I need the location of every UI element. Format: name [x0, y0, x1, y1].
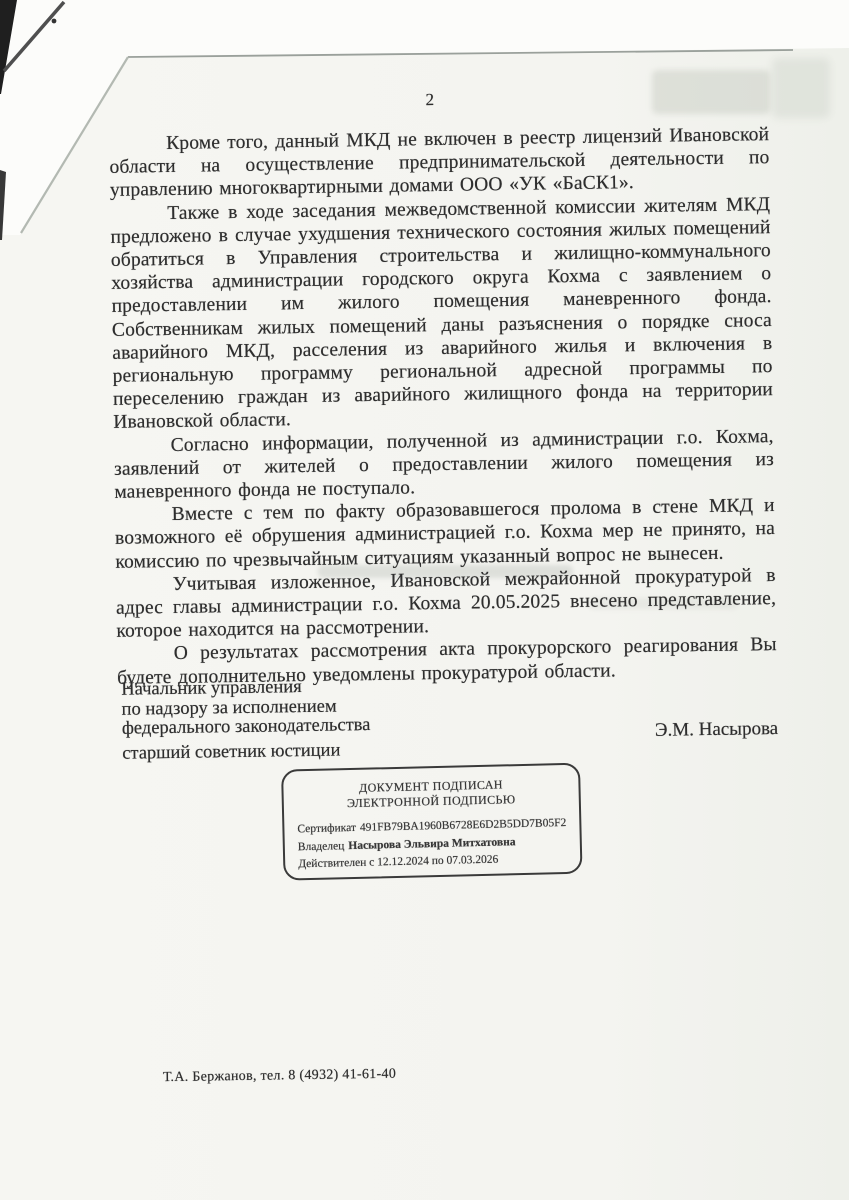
stamp-owner-label: Владелец — [298, 840, 345, 853]
paragraph: Вместе с тем по факту образовавшегося пр… — [115, 494, 776, 573]
paragraph: Согласно информации, полученной из админ… — [114, 425, 775, 504]
letter-body: Кроме того, данный МКД не включен в реес… — [109, 123, 777, 690]
signatory-name: Э.М. Насырова — [655, 718, 779, 742]
executor-contact: Т.А. Бержанов, тел. 8 (4932) 41-61-40 — [163, 1067, 396, 1086]
document-page: 2 Кроме того, данный МКД не включен в ре… — [0, 0, 849, 1200]
paragraph: Учитывая изложенное, Ивановской межрайон… — [116, 564, 777, 643]
paragraph: Также в ходе заседания межведомственной … — [110, 193, 773, 435]
stamp-owner-value: Насырова Эльвира Митхатовна — [348, 836, 515, 852]
paragraph: Кроме того, данный МКД не включен в реес… — [109, 123, 770, 202]
page-number: 2 — [425, 90, 434, 110]
stamp-details: Сертификат491FB79BA1960B6728E6D2B5DD7B05… — [284, 815, 580, 874]
stamp-certificate-value: 491FB79BA1960B6728E6D2B5DD7B05F2 — [360, 817, 567, 834]
signatory-position-line: федерального законодательства — [122, 716, 371, 739]
signatory-position: Начальник управления по надзору за испол… — [121, 677, 370, 739]
stamp-certificate-label: Сертификат — [297, 822, 356, 835]
stamp-title: ДОКУМЕНТ ПОДПИСАН ЭЛЕКТРОННОЙ ПОДПИСЬЮ — [283, 776, 579, 813]
signatory-rank: старший советник юстиции — [122, 740, 340, 764]
digital-signature-stamp: ДОКУМЕНТ ПОДПИСАН ЭЛЕКТРОННОЙ ПОДПИСЬЮ С… — [281, 763, 583, 881]
